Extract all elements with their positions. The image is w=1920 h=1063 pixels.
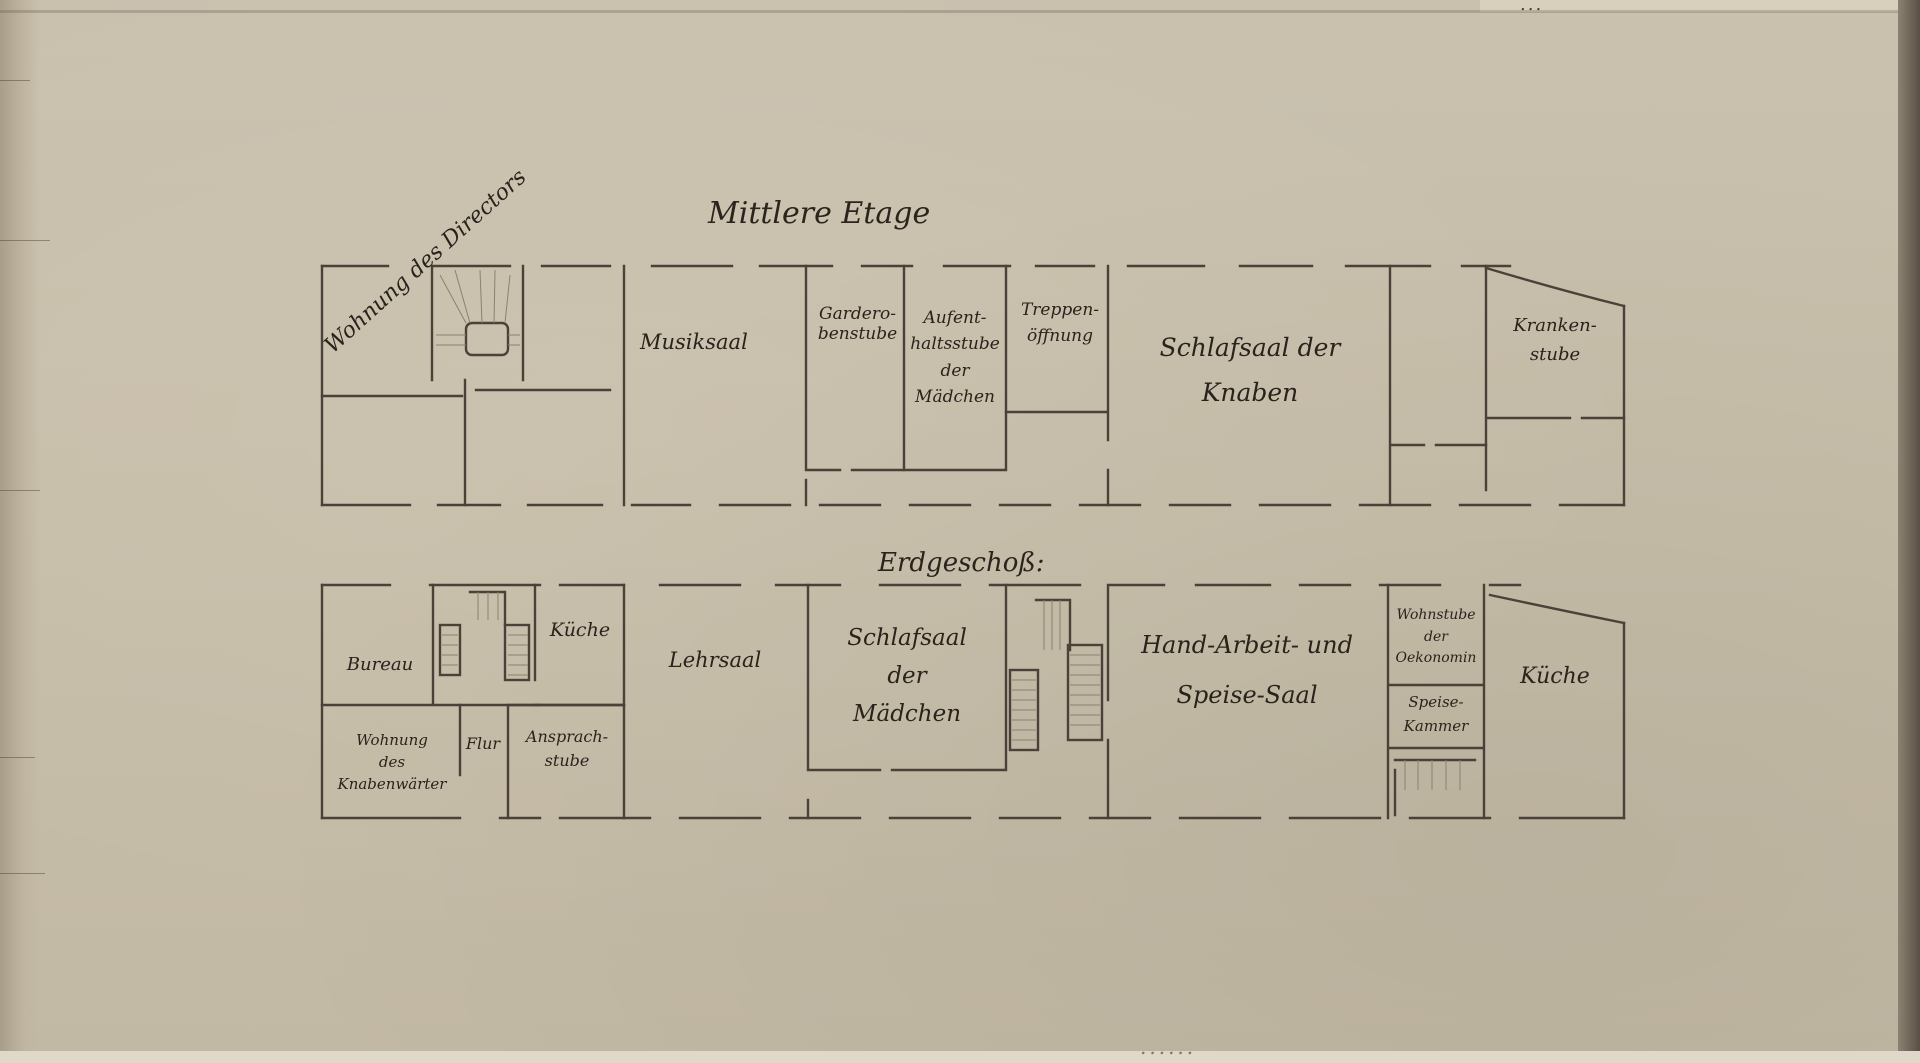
floor-plan-drawing	[0, 0, 1920, 1063]
room-schlafsaal-der-maedchen: Schlafsaal der Mädchen	[812, 620, 1002, 734]
room-aufenthaltsstube-der-maedchen: Aufent- haltsstube der Mädchen	[902, 305, 1008, 410]
room-treppenoeffnung: Treppen- öffnung	[1010, 298, 1110, 349]
room-kueche-right: Küche	[1500, 664, 1610, 689]
room-krankenstube: Kranken- stube	[1490, 312, 1620, 370]
room-kueche-left: Küche	[538, 620, 622, 642]
room-wohnstube-der-oekonomin: Wohnstube der Oekonomin	[1388, 605, 1484, 670]
room-speisekammer: Speise- Kammer	[1388, 690, 1484, 738]
room-hand-arbeit-und-speise-saal: Hand-Arbeit- und Speise-Saal	[1112, 620, 1382, 721]
room-bureau: Bureau	[330, 655, 430, 676]
floor-plans: Wohnung des Directors Musiksaal Gardero-…	[0, 0, 1920, 1063]
room-wohnung-des-knabenwaerter: Wohnung des Knabenwärter	[322, 730, 462, 795]
room-ansprachstube: Ansprach- stube	[512, 725, 622, 773]
room-flur: Flur	[458, 735, 508, 753]
room-musiksaal: Musiksaal	[640, 330, 748, 354]
room-garderobenstube: Gardero- benstube	[810, 305, 905, 344]
room-schlafsaal-der-knaben: Schlafsaal der Knaben	[1130, 325, 1370, 415]
room-lehrsaal: Lehrsaal	[640, 648, 790, 672]
